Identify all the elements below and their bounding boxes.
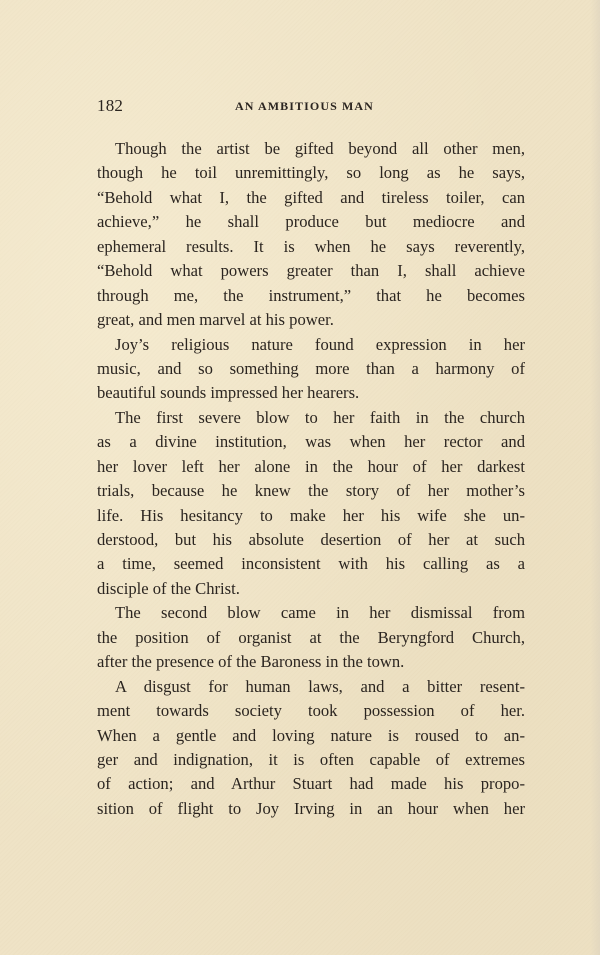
page-edge: [590, 0, 600, 955]
text-line: through me, the instrument,” that he bec…: [97, 284, 525, 308]
text-line: “Behold what powers greater than I, shal…: [97, 259, 525, 283]
text-line: achieve,” he shall produce but mediocre …: [97, 210, 525, 234]
text-line: Though the artist be gifted beyond all o…: [97, 137, 525, 161]
text-line: the position of organist at the Beryngfo…: [97, 626, 525, 650]
text-line: Joy’s religious nature found expression …: [97, 333, 525, 357]
text-line: The second blow came in her dismissal fr…: [97, 601, 525, 625]
text-line: trials, because he knew the story of her…: [97, 479, 525, 503]
body-text: Though the artist be gifted beyond all o…: [97, 137, 525, 821]
text-line: derstood, but his absolute desertion of …: [97, 528, 525, 552]
text-line: ment towards society took possession of …: [97, 699, 525, 723]
text-line: life. His hesitancy to make her his wife…: [97, 504, 525, 528]
text-line: beautiful sounds impressed her hearers.: [97, 381, 525, 405]
text-line: a time, seemed inconsistent with his cal…: [97, 552, 525, 576]
text-line: after the presence of the Baroness in th…: [97, 650, 525, 674]
text-line: of action; and Arthur Stuart had made hi…: [97, 772, 525, 796]
text-line: A disgust for human laws, and a bitter r…: [97, 675, 525, 699]
text-line: great, and men marvel at his power.: [97, 308, 525, 332]
book-page: 182 AN AMBITIOUS MAN Though the artist b…: [0, 0, 600, 955]
page-number: 182: [97, 96, 123, 116]
text-line: sition of flight to Joy Irving in an hou…: [97, 797, 525, 821]
text-line: disciple of the Christ.: [97, 577, 525, 601]
text-line: ger and indignation, it is often capable…: [97, 748, 525, 772]
text-line: ephemeral results. It is when he says re…: [97, 235, 525, 259]
text-line: her lover left her alone in the hour of …: [97, 455, 525, 479]
text-line: The first severe blow to her faith in th…: [97, 406, 525, 430]
running-head: 182 AN AMBITIOUS MAN: [97, 96, 525, 120]
text-line: as a divine institution, was when her re…: [97, 430, 525, 454]
text-line: though he toil unremittingly, so long as…: [97, 161, 525, 185]
text-line: music, and so something more than a harm…: [97, 357, 525, 381]
running-title: AN AMBITIOUS MAN: [235, 99, 374, 114]
text-line: When a gentle and loving nature is rouse…: [97, 724, 525, 748]
text-line: “Behold what I, the gifted and tireless …: [97, 186, 525, 210]
